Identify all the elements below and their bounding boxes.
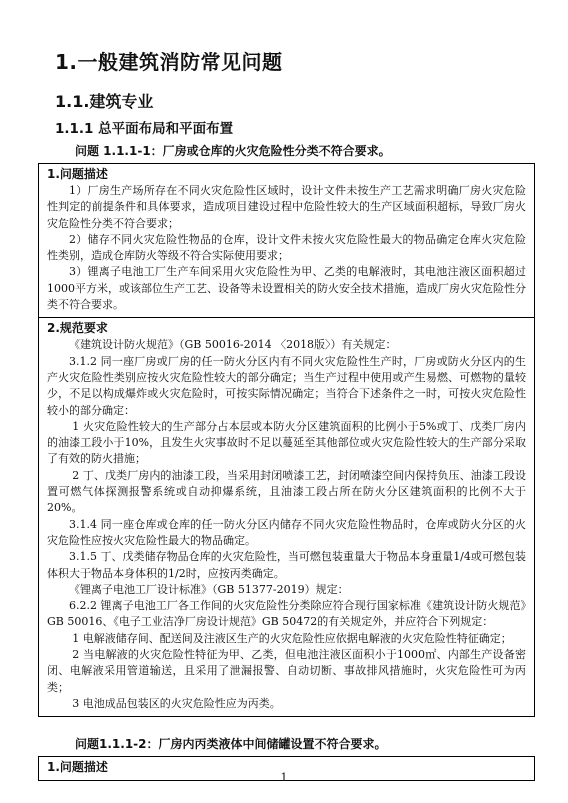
problem-1-description-section: 1.问题描述 1）厂房生产场所存在不同火灾危险性区域时，设计文件未按生产工艺需求… bbox=[39, 164, 534, 317]
paragraph: 2）储存不同火灾危险性物品的仓库，设计文件未按火灾危险性最大的物品确定仓库火灾危… bbox=[47, 232, 526, 265]
page-number: 1 bbox=[0, 771, 568, 784]
paragraph: 2 丁、戊类厂房内的油漆工段，当采用封闭喷漆工艺，封闭喷漆空间内保持负压、油漆工… bbox=[47, 468, 526, 517]
paragraph: 1 电解液储存间、配送间及注液区生产的火灾危险性应依据电解液的火灾危险性特征确定… bbox=[47, 631, 526, 647]
paragraph: 1 火灾危险性较大的生产部分占本层或本防火分区建筑面积的比例小于5%或丁、戊类厂… bbox=[47, 419, 526, 468]
problem-1-box: 1.问题描述 1）厂房生产场所存在不同火灾危险性区域时，设计文件未按生产工艺需求… bbox=[38, 163, 535, 717]
paragraph: 3.1.5 丁、戊类储存物品仓库的火灾危险性，当可燃包装重量大于物品本身重量1/… bbox=[47, 549, 526, 582]
paragraph: 3 电池成品包装区的火灾危险性应为丙类。 bbox=[47, 696, 526, 712]
paragraph: 《锂离子电池工厂设计标准》（GB 51377-2019）规定： bbox=[47, 582, 526, 598]
problem-1-code-requirements-section: 2.规范要求 《建筑设计防火规范》（GB 50016-2014 〈2018版〉）… bbox=[39, 317, 534, 716]
paragraph: 3.1.4 同一座仓库或仓库的任一防火分区内储存不同火灾危险性物品时，仓库或防火… bbox=[47, 517, 526, 550]
paragraph: 2 当电解液的火灾危险性特征为甲、乙类，但电池注液区面积小于1000㎡、内部生产… bbox=[47, 647, 526, 696]
chapter-heading: 1.一般建筑消防常见问题 bbox=[55, 50, 538, 75]
code-requirements-header: 2.规范要求 bbox=[47, 320, 526, 337]
paragraph: 3）锂离子电池工厂生产车间采用火灾危险性为甲、乙类的电解液时，其电池注液区面积超… bbox=[47, 264, 526, 313]
problem-2-caption: 问题1.1.1-2：厂房内丙类液体中间储罐设置不符合要求。 bbox=[75, 737, 548, 752]
paragraph: 3.1.2 同一座厂房或厂房的任一防火分区内有不同火灾危险性生产时，厂房或防火分… bbox=[47, 354, 526, 419]
section-heading: 1.1.建筑专业 bbox=[55, 92, 568, 112]
problem-description-header: 1.问题描述 bbox=[47, 166, 526, 183]
paragraph: 1）厂房生产场所存在不同火灾危险性区域时，设计文件未按生产工艺需求明确厂房火灾危… bbox=[47, 183, 526, 232]
problem-1-caption: 问题 1.1.1-1：厂房或仓库的火灾危险性分类不符合要求。 bbox=[75, 144, 548, 159]
paragraph: 6.2.2 锂离子电池工厂各工作间的火灾危险性分类除应符合现行国家标准《建筑设计… bbox=[47, 598, 526, 631]
document-page: 1.一般建筑消防常见问题 1.1.建筑专业 1.1.1 总平面布局和平面布置 问… bbox=[0, 0, 568, 803]
subsection-heading: 1.1.1 总平面布局和平面布置 bbox=[55, 121, 568, 138]
paragraph: 《建筑设计防火规范》（GB 50016-2014 〈2018版〉）有关规定： bbox=[47, 337, 526, 353]
